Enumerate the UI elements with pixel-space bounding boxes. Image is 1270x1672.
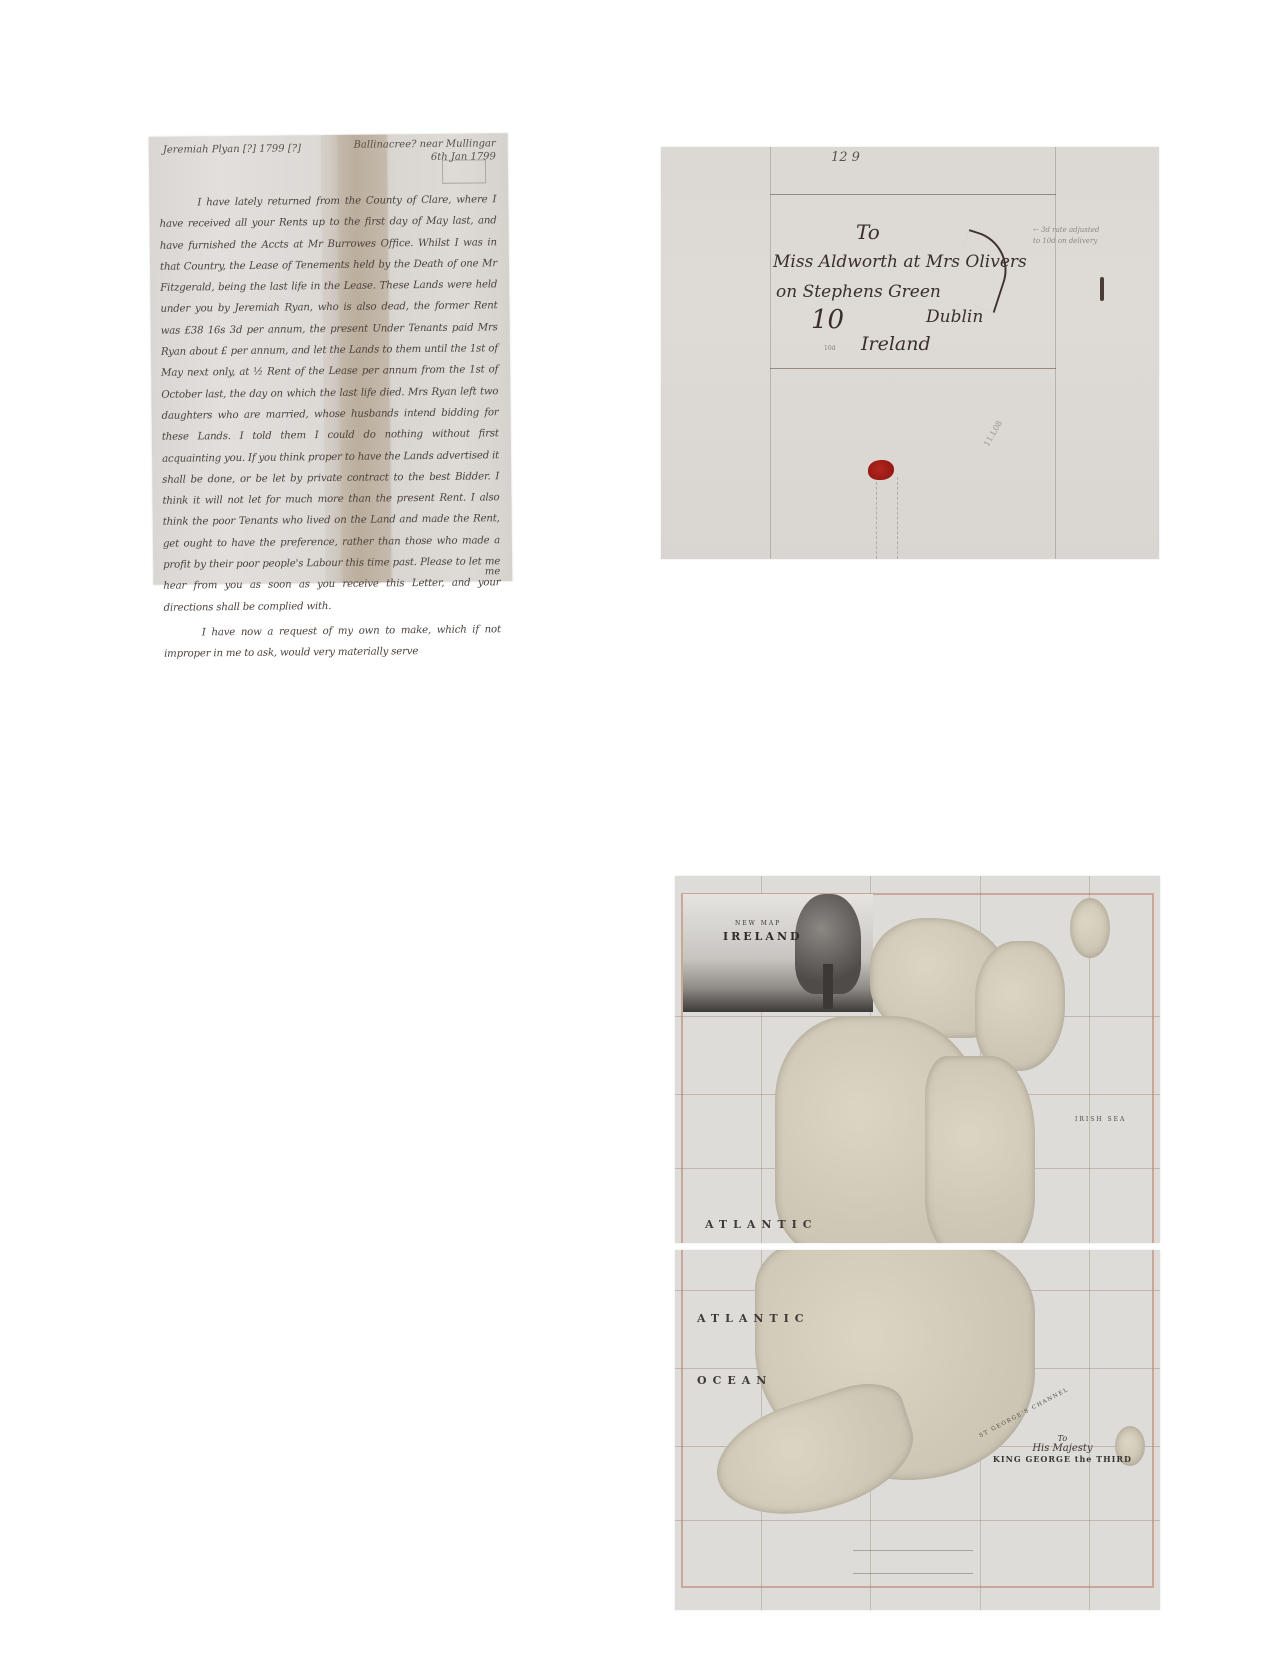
letter-catchword: me: [485, 566, 501, 577]
address-to: To: [856, 220, 880, 244]
cartouche-subtitle: NEW MAP: [735, 920, 781, 927]
tree-trunk: [823, 964, 833, 1009]
sea-label: IRISH SEA: [1075, 1116, 1126, 1123]
archive-stamp: [442, 159, 486, 183]
letter-body: I have lately returned from the County o…: [159, 189, 501, 665]
postal-rate: 10: [811, 305, 844, 335]
pencil-reference: 11.L08: [982, 419, 1004, 448]
ocean-label: OCEAN: [697, 1374, 772, 1387]
cartouche-title: IRELAND: [723, 930, 803, 943]
ocean-label: ATLANTIC: [705, 1218, 818, 1231]
postal-rate-small: 10d: [824, 345, 835, 352]
letter-paragraph: I have now a request of my own to make, …: [164, 619, 501, 665]
map-fold-line: [675, 1520, 1160, 1521]
map-top-half: NEW MAP IRELAND ATLANTIC IRISH SEA: [675, 876, 1160, 1243]
letter-photo: Jeremiah Plyan [?] 1799 [?] Ballinacree?…: [149, 133, 513, 585]
map-fold-line: [1089, 1250, 1090, 1610]
land-northeast: [975, 941, 1065, 1071]
letter-docket: Jeremiah Plyan [?] 1799 [?]: [163, 143, 301, 155]
envelope-top-mark: 12 9: [831, 150, 860, 165]
postmark-flourish-icon: [947, 229, 1017, 313]
land-leinster: [925, 1056, 1035, 1243]
letter-paragraph: I have lately returned from the County o…: [159, 189, 500, 618]
address-line-2: on Stephens Green: [776, 282, 941, 302]
map-dedication: To His Majesty KING GEORGE the THIRD: [993, 1434, 1132, 1464]
address-line-4: Ireland: [861, 333, 931, 355]
address-line-3: Dublin: [926, 307, 983, 327]
land-scotland: [1070, 898, 1110, 958]
seal-tear-trace: [876, 477, 898, 559]
envelope-fold-line: [1055, 147, 1056, 559]
envelope-photo: 12 9 To Miss Aldworth at Mrs Olivers on …: [661, 147, 1159, 559]
map-scale-bar: [853, 1550, 973, 1574]
pencil-annotation: ← 3d rate adjusted to 10d on delivery: [1033, 225, 1103, 247]
ocean-label: ATLANTIC: [697, 1312, 810, 1325]
map-bottom-half: ATLANTIC OCEAN ST GEORGE'S CHANNEL To Hi…: [675, 1250, 1160, 1610]
envelope-fold-line: [770, 194, 1056, 195]
map-cartouche: NEW MAP IRELAND: [683, 894, 873, 1012]
ink-mark: [1100, 277, 1104, 301]
envelope-fold-line: [770, 368, 1056, 369]
envelope-fold-line: [770, 147, 771, 559]
